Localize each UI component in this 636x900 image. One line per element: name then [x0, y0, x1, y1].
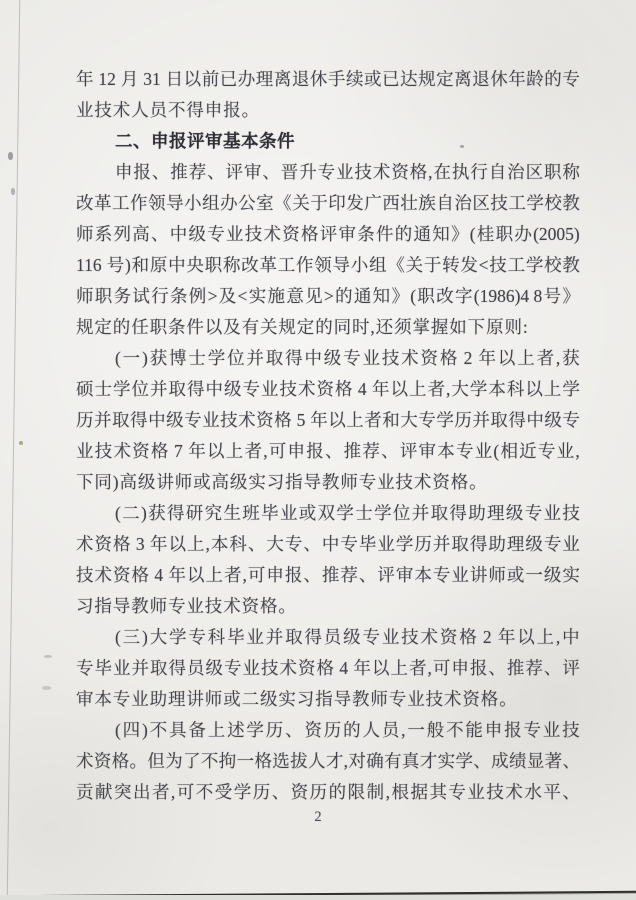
- scan-speck: [19, 441, 23, 445]
- body-line: 规定的任职条件以及有关规定的同时,还须掌握如下原则:: [76, 312, 580, 343]
- scan-speck: [11, 188, 15, 195]
- body-line: 116 号)和原中央职称改革工作领导小组《关于转发<技工学校教: [76, 250, 580, 281]
- body-line: 申报、推荐、评审、晋升专业技术资格,在执行自治区职称: [76, 157, 580, 188]
- section-heading: 二、申报评审基本条件: [76, 126, 580, 157]
- body-line: 业技术资格 7 年以上者,可申报、推荐、评审本专业(相近专业,: [76, 436, 580, 467]
- body-line: (三)大学专科毕业并取得员级专业技术资格 2 年以上,中: [76, 622, 580, 653]
- body-line: 技术资格 4 年以上者,可申报、推荐、评审本专业讲师或一级实: [76, 560, 580, 591]
- page-number: 2: [0, 809, 636, 826]
- scan-speck: [44, 655, 52, 658]
- body-line: 师系列高、中级专业技术资格评审条件的通知》(桂职办(2005): [76, 219, 580, 250]
- body-line: 贡献突出者,可不受学历、资历的限制,根据其专业技术水平、: [76, 777, 580, 808]
- scan-speck: [460, 145, 464, 148]
- document-page: 年 12 月 31 日以前已办理离退休手续或已达规定离退休年龄的专 业技术人员不…: [0, 0, 636, 900]
- scanner-below-edge: [0, 895, 636, 900]
- body-line: 术资格 3 年以上,本科、大专、中专毕业学历并取得助理级专业: [76, 529, 580, 560]
- body-line: 历并取得中级专业技术资格 5 年以上者和大专学历并取得中级专: [76, 405, 580, 436]
- body-line: 硕士学位并取得中级专业技术资格 4 年以上者,大学本科以上学: [76, 374, 580, 405]
- text-block: 年 12 月 31 日以前已办理离退休手续或已达规定离退休年龄的专 业技术人员不…: [76, 64, 580, 808]
- body-line: 术资格。但为了不拘一格选拔人才,对确有真才实学、成绩显著、: [76, 746, 580, 777]
- body-line: 审本专业助理讲师或二级实习指导教师专业技术资格。: [76, 684, 580, 715]
- body-line: 师职务试行条例>及<实施意见>的通知》(职改字(1986)4 8号》: [76, 281, 580, 312]
- body-line: (四)不具备上述学历、资历的人员,一般不能申报专业技: [76, 715, 580, 746]
- body-line: 年 12 月 31 日以前已办理离退休手续或已达规定离退休年龄的专: [76, 64, 580, 95]
- body-line: (二)获得研究生班毕业或双学士学位并取得助理级专业技: [76, 498, 580, 529]
- scan-speck: [8, 152, 13, 160]
- body-line: 业技术人员不得申报。: [76, 95, 580, 126]
- body-line: 习指导教师专业技术资格。: [76, 591, 580, 622]
- page-left-edge-line: [7, 0, 21, 900]
- body-line: 专毕业并取得员级专业技术资格 4 年以上者,可申报、推荐、评: [76, 653, 580, 684]
- scan-speck: [42, 686, 51, 690]
- body-line: 改革工作领导小组办公室《关于印发广西壮族自治区技工学校教: [76, 188, 580, 219]
- body-line: 下同)高级讲师或高级实习指导教师专业技术资格。: [76, 467, 580, 498]
- body-line: (一)获博士学位并取得中级专业技术资格 2 年以上者,获: [76, 343, 580, 374]
